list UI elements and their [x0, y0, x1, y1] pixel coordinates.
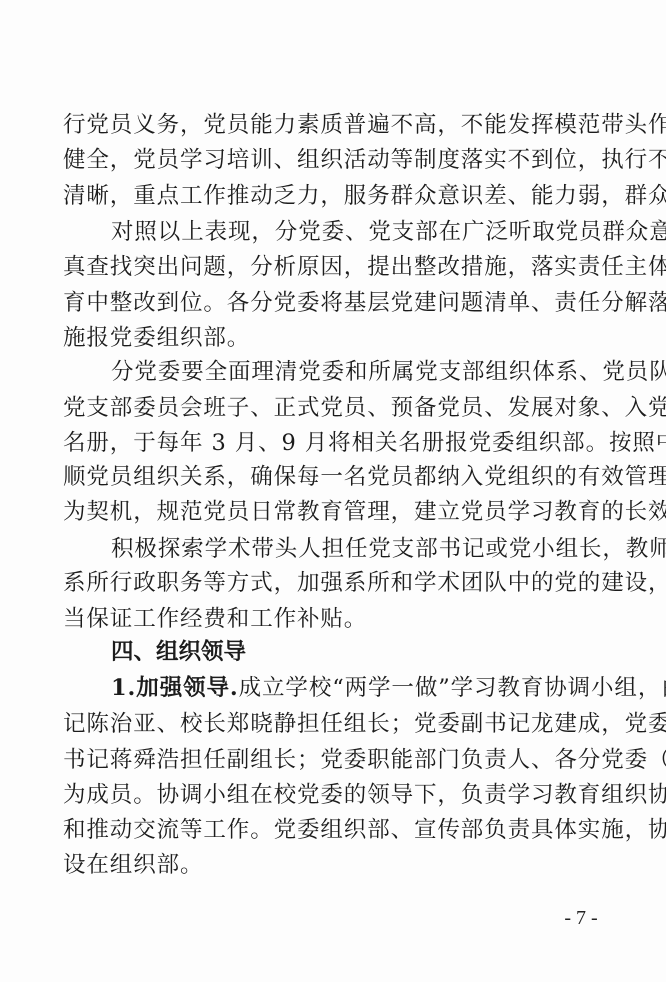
paragraph-line: 顺党员组织关系，确保每一名党员都纳入党组织的有效管理。以“两学一做”: [63, 462, 599, 492]
section-heading: 四、组织领导: [111, 637, 599, 667]
paragraph-line: 为成员。协调小组在校党委的领导下，负责学习教育组织协调、督查指导: [63, 780, 599, 810]
paragraph-line: 为契机，规范党员日常教育管理，建立党员学习教育的长效机制。: [63, 497, 599, 527]
item-1-lead: 1.加强领导.: [111, 675, 239, 701]
paragraph-line: 和推动交流等工作。党委组织部、宣传部负责具体实施，协调小组办公室: [63, 815, 599, 845]
paragraph-line: 书记蒋舜浩担任副组长；党委职能部门负责人、各分党委（党总支）书记: [63, 745, 599, 775]
paragraph-line: 记陈治亚、校长郑晓静担任组长；党委副书记龙建成，党委副书记、纪委: [63, 709, 599, 739]
paragraph-line: 名册，于每年 3 月、9 月将相关名册报党委组织部。按照中央要求，排查理: [63, 428, 599, 458]
item-1-first-line-text: 成立学校“两学一做”学习教育协调小组，由校党委书: [239, 675, 666, 701]
paragraph-line: 当保证工作经费和工作补贴。: [63, 604, 599, 634]
paragraph-line: 党支部委员会班子、正式党员、预备党员、发展对象、入党积极分子动态花: [63, 393, 599, 423]
page-number: - 7 -: [556, 903, 606, 933]
paragraph-line: 健全，党员学习培训、组织活动等制度落实不到位，执行不力；工作思路不: [63, 145, 599, 175]
item-1-first-line: 1.加强领导.成立学校“两学一做”学习教育协调小组，由校党委书: [111, 673, 599, 703]
paragraph-line: 施报党委组织部。: [63, 323, 599, 353]
paragraph-line: 积极探索学术带头人担任党支部书记或党小组长，教师党支部书记兼任: [111, 534, 599, 564]
paragraph-line: 真查找突出问题，分析原因，提出整改措施，落实责任主体，确保在学习教: [63, 252, 599, 282]
paragraph-line: 育中整改到位。各分党委将基层党建问题清单、责任分解落实情况和整改措: [63, 288, 599, 318]
paragraph-line: 对照以上表现，分党委、党支部在广泛听取党员群众意见的基础上，认: [111, 217, 599, 247]
paragraph-line: 设在组织部。: [63, 850, 599, 880]
document-page: 行党员义务，党员能力素质普遍不高，不能发挥模范带头作用；工作机制不 健全，党员学…: [0, 0, 666, 982]
paragraph-line: 行党员义务，党员能力素质普遍不高，不能发挥模范带头作用；工作机制不: [63, 110, 599, 140]
paragraph-line: 分党委要全面理清党委和所属党支部组织体系、党员队伍情况，制订各: [111, 357, 599, 387]
paragraph-line: 清晰，重点工作推动乏力，服务群众意识差、能力弱，群众满意率低等。: [63, 181, 599, 211]
paragraph-line: 系所行政职务等方式，加强系所和学术团队中的党的建设，对系所党支部应: [63, 568, 599, 598]
